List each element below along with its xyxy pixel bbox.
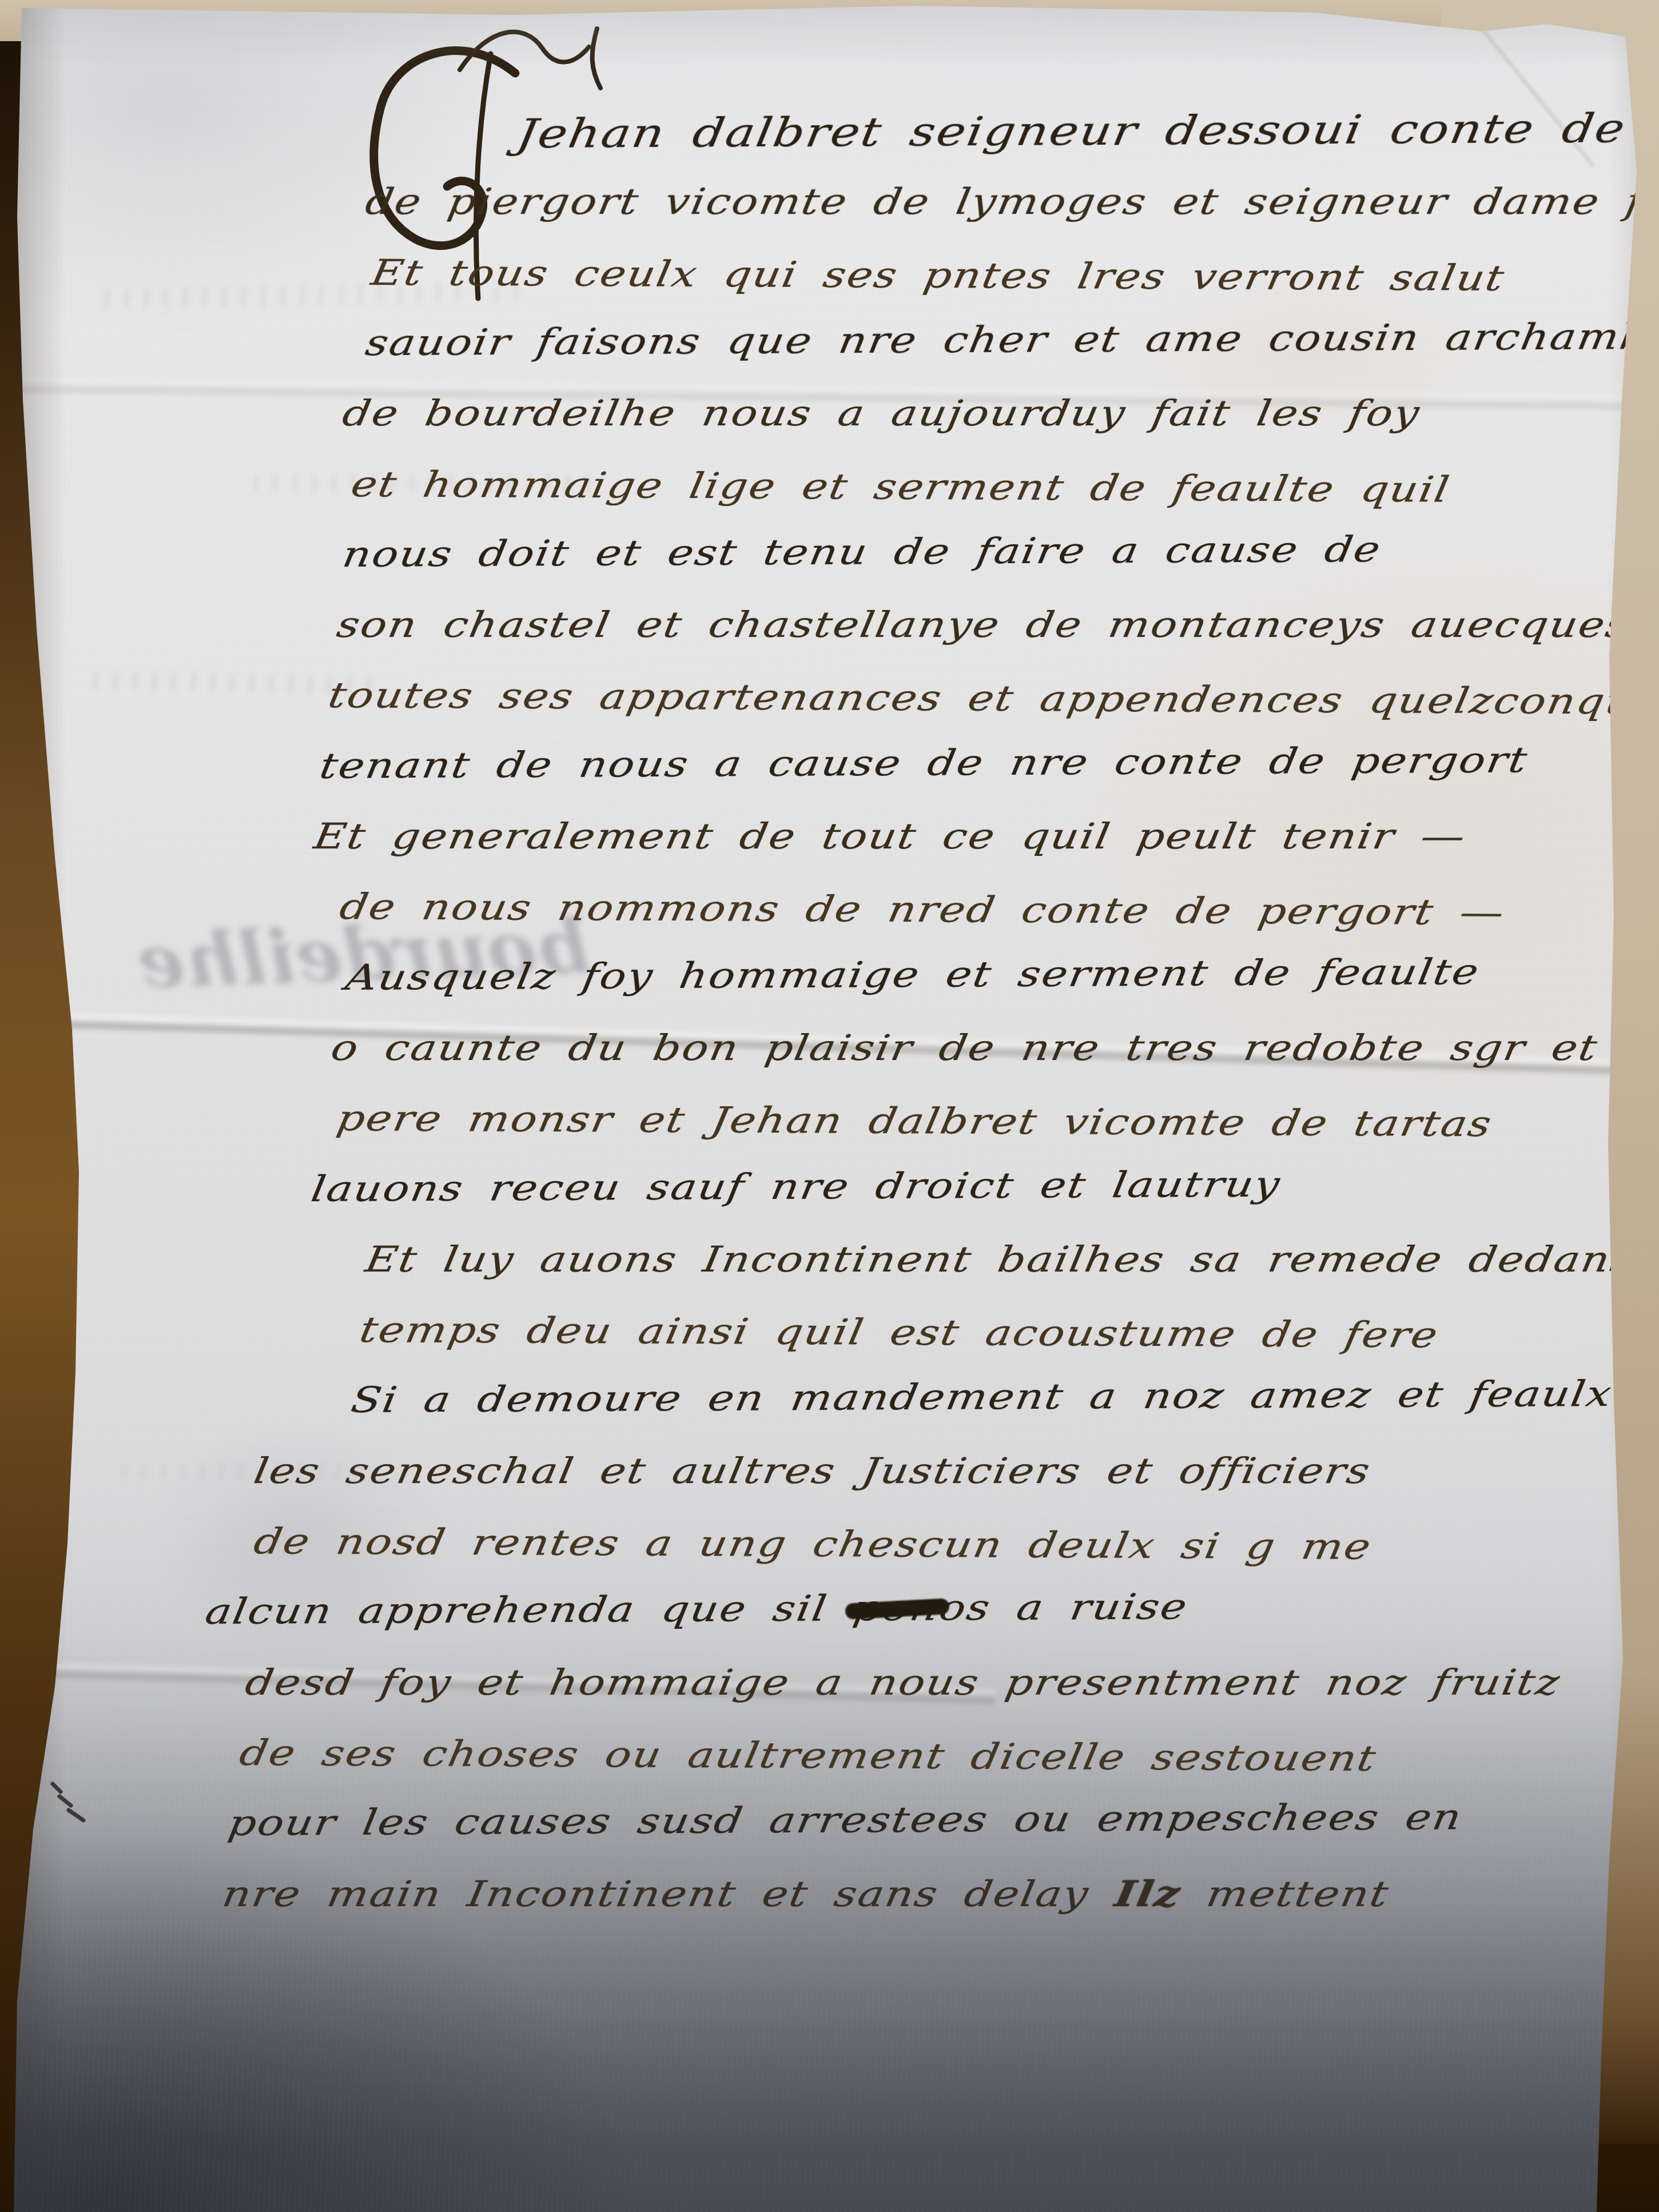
manuscript-line: temps deu ainsi quil est acoustume de fe… — [356, 1309, 1442, 1356]
manuscript-paper: bourdeilhe Jehan dalbret seigneur dessou… — [0, 0, 1659, 2212]
manuscript-line: de nosd rentes a ung chescun deulx si g … — [250, 1520, 1375, 1568]
manuscript-line: alcun apprehenda que sil ponos a ruise — [202, 1585, 1191, 1632]
text-block: Jehan dalbret seigneur dessoui conte de … — [0, 0, 1659, 2212]
manuscript-line: de ses choses ou aultrement dicelle sest… — [236, 1732, 1380, 1779]
manuscript-line: de piergort vicomte de lymoges et seigne… — [363, 181, 1659, 222]
manuscript-line: nre main Incontinent et sans delay Ilz m… — [220, 1873, 1393, 1915]
manuscript-line: les seneschal et aultres Justiciers et o… — [251, 1450, 1374, 1492]
manuscript-line: Ausquelz foy hommaige et serment de feau… — [343, 951, 1483, 998]
manuscript-line: Et luy auons Incontinent bailhes sa reme… — [363, 1238, 1638, 1280]
manuscript-line: tenant de nous a cause de nre conte de p… — [317, 739, 1531, 787]
manuscript-line: lauons receu sauf nre droict et lautruy — [308, 1163, 1284, 1210]
manuscript-line: Si a demoure en mandement a noz amez et … — [348, 1373, 1616, 1421]
manuscript-line: et hommaige lige et serment de feaulte q… — [348, 463, 1453, 511]
manuscript-line: nous doit et est tenu de faire a cause d… — [340, 528, 1385, 575]
manuscript-line: Et generalement de tout ce quil peult te… — [311, 815, 1470, 857]
manuscript-line: sauoir faisons que nre cher et ame cousi… — [363, 315, 1659, 364]
photo-backdrop: bourdeilhe Jehan dalbret seigneur dessou… — [0, 0, 1659, 2212]
manuscript-line: toutes ses appartenances et appendences … — [325, 674, 1659, 723]
manuscript-line: pere monsr et Jehan dalbret vicomte de t… — [333, 1097, 1495, 1145]
manuscript-line: de nous nommons de nred conte de pergort… — [336, 886, 1509, 933]
manuscript-line: de bourdeilhe nous a aujourduy fait les … — [340, 392, 1424, 434]
manuscript-line: pour les causes susd arrestees ou empesc… — [225, 1796, 1466, 1844]
manuscript-line: son chastel et chastellanye de montancey… — [334, 604, 1633, 645]
manuscript-line: Et tous ceulx qui ses pntes lres verront… — [368, 252, 1508, 299]
manuscript-line: desd foy et hommaige a nous presentment … — [242, 1661, 1564, 1703]
manuscript-line: Jehan dalbret seigneur dessoui conte de … — [514, 103, 1659, 157]
manuscript-line: o caunte du bon plaisir de nre tres redo… — [328, 1027, 1602, 1069]
